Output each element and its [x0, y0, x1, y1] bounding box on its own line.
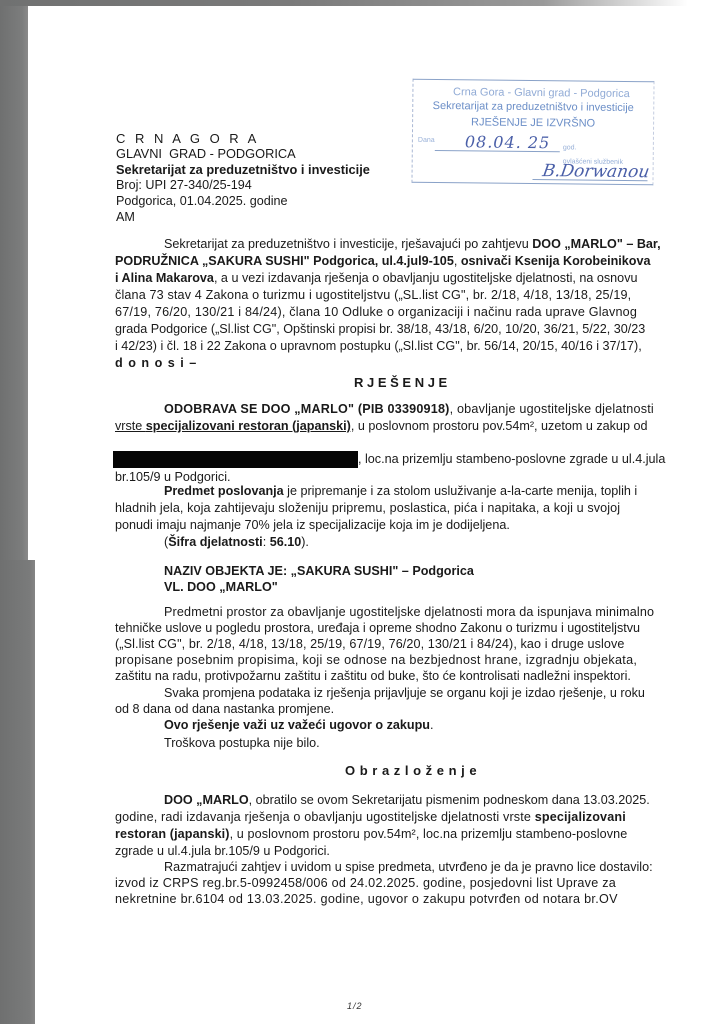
- page-number: 1/2: [347, 1001, 363, 1011]
- decision-text: je pripremanje i za stolom usluživanje a…: [284, 484, 637, 498]
- period: .: [430, 718, 434, 732]
- colon: :: [263, 535, 270, 549]
- paren: ).: [301, 535, 309, 549]
- intro-line-6: grada Podgorice („Sl.list CG", Opštinski…: [115, 322, 645, 337]
- branch-name: PODRUŽNICA „SAKURA SUSHI" Podgorica, ul.…: [115, 254, 454, 268]
- stamp-date-label: Dana: [418, 137, 435, 144]
- business-subject-label: Predmet poslovanja: [164, 484, 284, 498]
- lease-validity: Ovo rješenje važi uz važeći ugovor o zak…: [164, 718, 433, 733]
- decision-p1-line-4: br.105/9 u Podgorici.: [115, 470, 231, 485]
- issue-date: Podgorica, 01.04.2025. godine: [116, 194, 288, 209]
- decision-p2-line-2: hladnih jela, koja zahtijevaju složeniju…: [115, 501, 620, 516]
- intro-text: Sekretarijat za preduzetništvo i investi…: [164, 237, 532, 251]
- intro-text: , a u vezi izdavanja rješenja o obavljan…: [214, 271, 638, 285]
- case-number: Broj: UPI 27-340/25-194: [116, 178, 252, 193]
- decision-p4-line-1: Svaka promjena podataka iz rješenja prij…: [164, 686, 645, 701]
- object-name: NAZIV OBJEKTA JE: „SAKURA SUSHI" – Podgo…: [164, 564, 474, 579]
- restaurant-type: specijalizovani restoran (japanski): [146, 419, 351, 433]
- decision-p3-line-1: Predmetni prostor za obavljanje ugostite…: [164, 605, 654, 620]
- decision-title: R J E Š E N J E: [354, 375, 447, 390]
- reasoning-p2-line-3: nekretnine br.6104 od 13.03.2025. godine…: [115, 892, 618, 907]
- decision-p2-line-3: ponudi imaju najmanje 70% jela iz specij…: [115, 518, 510, 533]
- decision-text: , u poslovnom prostoru pov.54m², uzetom …: [351, 419, 648, 433]
- redacted-block: [113, 451, 358, 468]
- stamp-date-day-month: 08.04.: [465, 132, 522, 152]
- reasoning-p1-line-3: restoran (japanski), u poslovnom prostor…: [115, 827, 627, 842]
- author-initials: AM: [116, 210, 135, 225]
- stamp-date-year: 25: [528, 133, 551, 152]
- decision-p1-line-3: , loc.na prizemlju stambeno-poslovne zgr…: [358, 452, 665, 467]
- lease-validity-text: Ovo rješenje važi uz važeći ugovor o zak…: [164, 718, 430, 732]
- header-institution: Sekretarijat za preduzetništvo i investi…: [116, 162, 370, 177]
- decision-p3-line-2: tehničke uslove u pogledu prostora, uređ…: [115, 621, 640, 636]
- reasoning-p1-line-4: zgrade u ul.4.jula br.105/9 u Podgorici.: [115, 844, 330, 859]
- reasoning-p1-line-1: DOO „MARLO, obratilo se ovom Sekretarija…: [164, 793, 650, 808]
- header-city: GLAVNI GRAD - PODGORICA: [116, 146, 296, 161]
- decision-text: , obavljanje ugostiteljske djelatnosti: [450, 402, 654, 416]
- decision-text: vrste: [115, 419, 146, 433]
- intro-line-5: 67/19, 76/20, 130/21 i 84/24), člana 10 …: [115, 305, 637, 320]
- reasoning-p1-line-2: godine, radi izdavanja rješenja o obavlj…: [115, 810, 626, 825]
- reasoning-p2-line-1: Razmatrajući zahtjev i uvidom u spise pr…: [164, 860, 653, 875]
- decision-p3-line-5: zaštitu na radu, protivpožarnu zaštitu i…: [115, 669, 631, 684]
- founders: osnivači Ksenija Korobeinikova: [461, 254, 651, 268]
- reasoning-p2-line-2: izvod iz CRPS reg.br.5-0992458/006 od 24…: [115, 876, 616, 891]
- founder-2: i Alina Makarova: [115, 271, 214, 285]
- activity-code-label: Šifra djelatnosti: [168, 535, 262, 549]
- decision-p1-line-2: vrste specijalizovani restoran (japanski…: [115, 419, 647, 434]
- reasoning-text: , obratilo se ovom Sekretarijatu pismeni…: [249, 793, 650, 807]
- restaurant-type: specijalizovani: [535, 810, 626, 824]
- reasoning-text: godine, radi izdavanja rješenja o obavlj…: [115, 810, 535, 824]
- decision-p3-line-4: propisane posebnim propisima, koji se od…: [115, 653, 637, 668]
- stamp-line-2: Sekretarijat za preduzetništvo i investi…: [413, 100, 653, 115]
- header-country: C R N A G O R A: [116, 131, 259, 146]
- reasoning-text: , u poslovnom prostoru pov.54m², loc.na …: [230, 827, 628, 841]
- intro-line-1: Sekretarijat za preduzetništvo i investi…: [164, 237, 661, 252]
- stamp-date-value: 08.04. 25: [465, 132, 551, 152]
- procedure-costs: Troškova postupka nije bilo.: [164, 736, 320, 751]
- separator: ,: [454, 254, 461, 268]
- decision-p1-line-1: ODOBRAVA SE DOO „MARLO" (PIB 03390918), …: [164, 402, 654, 417]
- activity-code-value: 56.10: [270, 535, 302, 549]
- reasoning-title: O b r a z l o ž e n j e: [345, 763, 477, 778]
- decision-p3-line-3: („Sl.list CG", br. 2/18, 4/18, 13/18, 25…: [115, 637, 625, 652]
- document-page: Crna Gora - Glavni grad - Podgorica Sekr…: [0, 0, 724, 1024]
- intro-line-4: člana 73 stav 4 Zakona o turizmu i ugost…: [115, 288, 631, 303]
- restaurant-type: restoran (japanski): [115, 827, 230, 841]
- applicant-name: DOO „MARLO" – Bar,: [532, 237, 660, 251]
- intro-line-3: i Alina Makarova, a u vezi izdavanja rje…: [115, 271, 638, 286]
- stamp-year-suffix: god.: [563, 144, 577, 151]
- stamp-line-3: RJEŠENJE JE IZVRŠNO: [413, 116, 653, 131]
- decision-p4-line-2: od 8 dana od dana nastanka promjene.: [115, 702, 334, 717]
- activity-code: (Šifra djelatnosti: 56.10).: [164, 535, 309, 550]
- intro-line-2: PODRUŽNICA „SAKURA SUSHI" Podgorica, ul.…: [115, 254, 651, 269]
- decision-p2-line-1: Predmet poslovanja je pripremanje i za s…: [164, 484, 637, 499]
- approval-statement: ODOBRAVA SE DOO „MARLO" (PIB 03390918): [164, 402, 450, 416]
- enforceability-stamp: Crna Gora - Glavni grad - Podgorica Sekr…: [411, 79, 654, 186]
- applicant-name: DOO „MARLO: [164, 793, 249, 807]
- intro-line-7: i 42/23) i čl. 18 i 22 Zakona o upravnom…: [115, 339, 642, 354]
- object-owner: VL. DOO „MARLO": [164, 580, 278, 595]
- intro-donosi: d o n o s i –: [115, 356, 197, 371]
- stamp-line-1: Crna Gora - Glavni grad - Podgorica: [441, 86, 641, 100]
